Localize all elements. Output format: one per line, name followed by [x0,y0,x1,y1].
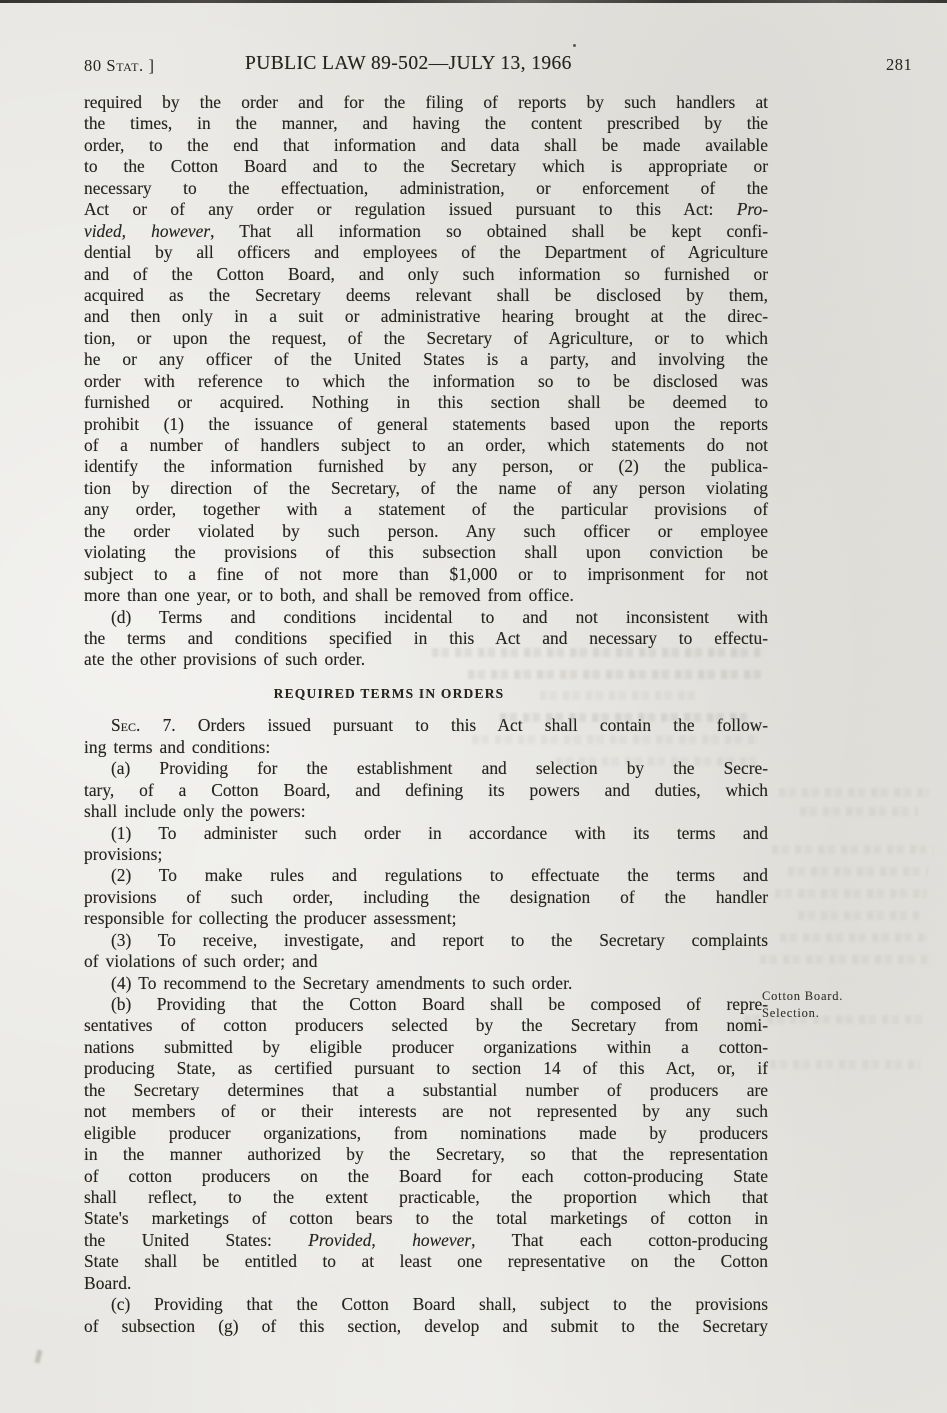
text-line: of cotton producers on the Board for eac… [84,1166,768,1187]
continuation-paragraph: required by the order and for the filing… [84,92,768,607]
text-line: required by the order and for the filing… [84,92,768,113]
text-line: provisions; [84,844,768,865]
text-line: tion by direction of the Secretary, of t… [84,478,768,499]
text-line: nations submitted by eligible producer o… [84,1037,768,1058]
text-line: shall reflect, to the extent practicable… [84,1187,768,1208]
clause-2: (2) To make rules and regulations to eff… [84,865,768,929]
italic-run: Pro- [737,199,768,219]
clause-4: (4) To recommend to the Secretary amendm… [84,973,768,994]
text-line: any order, together with a statement of … [84,499,768,520]
subsection-d: (d) Terms and conditions incidental to a… [84,607,768,671]
clause-1: (1) To administer such order in accordan… [84,823,768,866]
text-line: (c) Providing that the Cotton Board shal… [84,1294,768,1315]
text-line: order, to the end that information and d… [84,135,768,156]
text-line: dential by all officers and employees of… [84,242,768,263]
bleed-through-artifact [500,713,750,722]
text-line: (b) Providing that the Cotton Board shal… [84,994,768,1015]
text-line: more than one year, or to both, and shal… [84,585,768,606]
text-line: and then only in a suit or administrativ… [84,306,768,327]
text-line: responsible for collecting the producer … [84,908,768,929]
bleed-through-artifact [770,1060,920,1069]
text-line: and of the Cotton Board, and only such i… [84,264,768,285]
text-line: (d) Terms and conditions incidental to a… [84,607,768,628]
subsection-b: (b) Providing that the Cotton Board shal… [84,994,768,1294]
bleed-through-artifact [772,845,934,854]
scan-edge-artifact [0,0,947,3]
text-line: (2) To make rules and regulations to eff… [84,865,768,886]
text-line: of violations of such order; and [84,951,768,972]
text-line: of a number of handlers subject to an or… [84,435,768,456]
text-line: (1) To administer such order in accordan… [84,823,768,844]
text-line: Act or of any order or regulation issued… [84,199,768,220]
text-line: he or any officer of the United States i… [84,349,768,370]
text-line: of subsection (g) of this section, devel… [84,1316,768,1337]
text-line: order with reference to which the inform… [84,371,768,392]
text-line: (4) To recommend to the Secretary amendm… [84,973,768,994]
text-line: producing State, as certified pursuant t… [84,1058,768,1079]
header-volume-citation: 80 Stat. ] [84,56,155,76]
text-line: to the Cotton Board and to the Secretary… [84,156,768,177]
text-line: furnished or acquired. Nothing in this s… [84,392,768,413]
bleed-through-artifact [468,670,764,679]
text-line: tary, of a Cotton Board, and defining it… [84,780,768,801]
bleed-through-artifact [432,648,762,657]
text-line: (3) To receive, investigate, and report … [84,930,768,951]
text-line: provisions of such order, including the … [84,887,768,908]
scan-artifact-dot [757,116,759,118]
text-line: shall include only the powers: [84,801,768,822]
clause-3: (3) To receive, investigate, and report … [84,930,768,973]
text-line: subject to a fine of not more than $1,00… [84,564,768,585]
bleed-through-artifact [780,933,928,942]
text-line: the Secretary determines that a substant… [84,1080,768,1101]
italic-run: vided, however [84,221,210,241]
bleed-through-artifact [775,889,927,898]
text-line: not members of or their interests are no… [84,1101,768,1122]
margin-note-line: Cotton Board. [762,988,932,1005]
text-line: tion, or upon the request, of the Secret… [84,328,768,349]
scan-artifact-dot [573,44,576,47]
bleed-through-artifact [556,757,756,766]
bleed-through-artifact [760,955,930,964]
text-line: Board. [84,1273,768,1294]
text-line: eligible producer organizations, from no… [84,1123,768,1144]
text-line: State's marketings of cotton bears to th… [84,1208,768,1229]
subsection-c: (c) Providing that the Cotton Board shal… [84,1294,768,1337]
text-line: violating the provisions of this subsect… [84,542,768,563]
text-line: the order violated by such person. Any s… [84,521,768,542]
bleed-through-artifact [540,691,700,700]
text-line: State shall be entitled to at least one … [84,1251,768,1272]
smallcaps-run: Sec. [111,715,140,735]
scanned-statute-page: 80 Stat. ] PUBLIC LAW 89-502—JULY 13, 19… [0,0,947,1413]
text-line: identify the information furnished by an… [84,456,768,477]
bleed-through-artifact [744,1015,924,1024]
text-line: the terms and conditions specified in th… [84,628,768,649]
text-line: sentatives of cotton producers selected … [84,1015,768,1036]
text-line: necessary to the effectuation, administr… [84,178,768,199]
bleed-through-artifact [798,911,920,920]
bleed-through-artifact [800,807,918,816]
header-law-title: PUBLIC LAW 89-502—JULY 13, 1966 [245,53,572,75]
text-line: in the manner authorized by the Secretar… [84,1144,768,1165]
text-line: the United States: Provided, however, Th… [84,1230,768,1251]
text-line: the times, in the manner, and having the… [84,113,768,134]
subsection-a: (a) Providing for the establishment and … [84,758,768,822]
text-line: vided, however, That all information so … [84,221,768,242]
text-line: prohibit (1) the issuance of general sta… [84,414,768,435]
page-number: 281 [886,55,912,75]
bleed-through-artifact [779,788,929,797]
scan-smudge-artifact [35,1350,43,1364]
bleed-through-artifact [788,867,928,876]
bleed-through-artifact [472,735,758,744]
text-line: acquired as the Secretary deems relevant… [84,285,768,306]
italic-run: Provided, however [308,1230,471,1250]
